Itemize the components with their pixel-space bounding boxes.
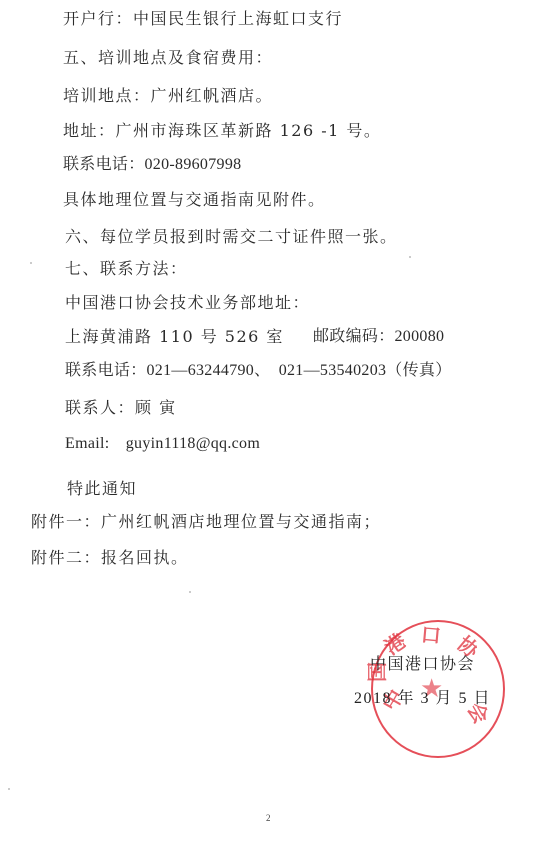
contact-phone-line: 联系电话：021—63244790、 021—53540203（传真） bbox=[65, 361, 452, 381]
page-number: 2 bbox=[266, 813, 271, 823]
signature-date: 2018 年 3 月 5 日 bbox=[354, 689, 491, 709]
email-line: Email: guyin1118@qq.com bbox=[65, 434, 260, 454]
scan-speck bbox=[8, 788, 10, 790]
attachment-2-line: 附件二：报名回执。 bbox=[31, 548, 189, 568]
attachment-1-line: 附件一：广州红帆酒店地理位置与交通指南； bbox=[31, 512, 381, 532]
scan-speck bbox=[30, 262, 32, 264]
dept-address: 上海黄浦路 110 号 526 室 bbox=[65, 327, 284, 347]
scan-speck bbox=[189, 591, 191, 593]
signature-organization: 中国港口协会 bbox=[370, 654, 475, 674]
scan-speck bbox=[409, 256, 411, 258]
section-7-heading: 七、联系方法： bbox=[65, 259, 188, 279]
dept-address-label: 中国港口协会技术业务部地址： bbox=[65, 293, 310, 313]
address-line: 地址：广州市海珠区革新路 126 -1 号。 bbox=[63, 121, 381, 141]
venue-phone-line: 联系电话：020-89607998 bbox=[63, 155, 241, 175]
section-6-heading: 六、每位学员报到时需交二寸证件照一张。 bbox=[65, 227, 398, 247]
bank-line: 开户行：中国民生银行上海虹口支行 bbox=[63, 9, 343, 29]
section-5-heading: 五、培训地点及食宿费用： bbox=[63, 48, 273, 68]
seal-char: 口 bbox=[420, 624, 442, 646]
postcode: 邮政编码：200080 bbox=[313, 327, 444, 347]
directions-line: 具体地理位置与交通指南见附件。 bbox=[63, 190, 326, 210]
contact-person-line: 联系人：顾 寅 bbox=[65, 398, 177, 418]
notice-line: 特此通知 bbox=[67, 479, 137, 499]
venue-line: 培训地点：广州红帆酒店。 bbox=[63, 86, 273, 106]
